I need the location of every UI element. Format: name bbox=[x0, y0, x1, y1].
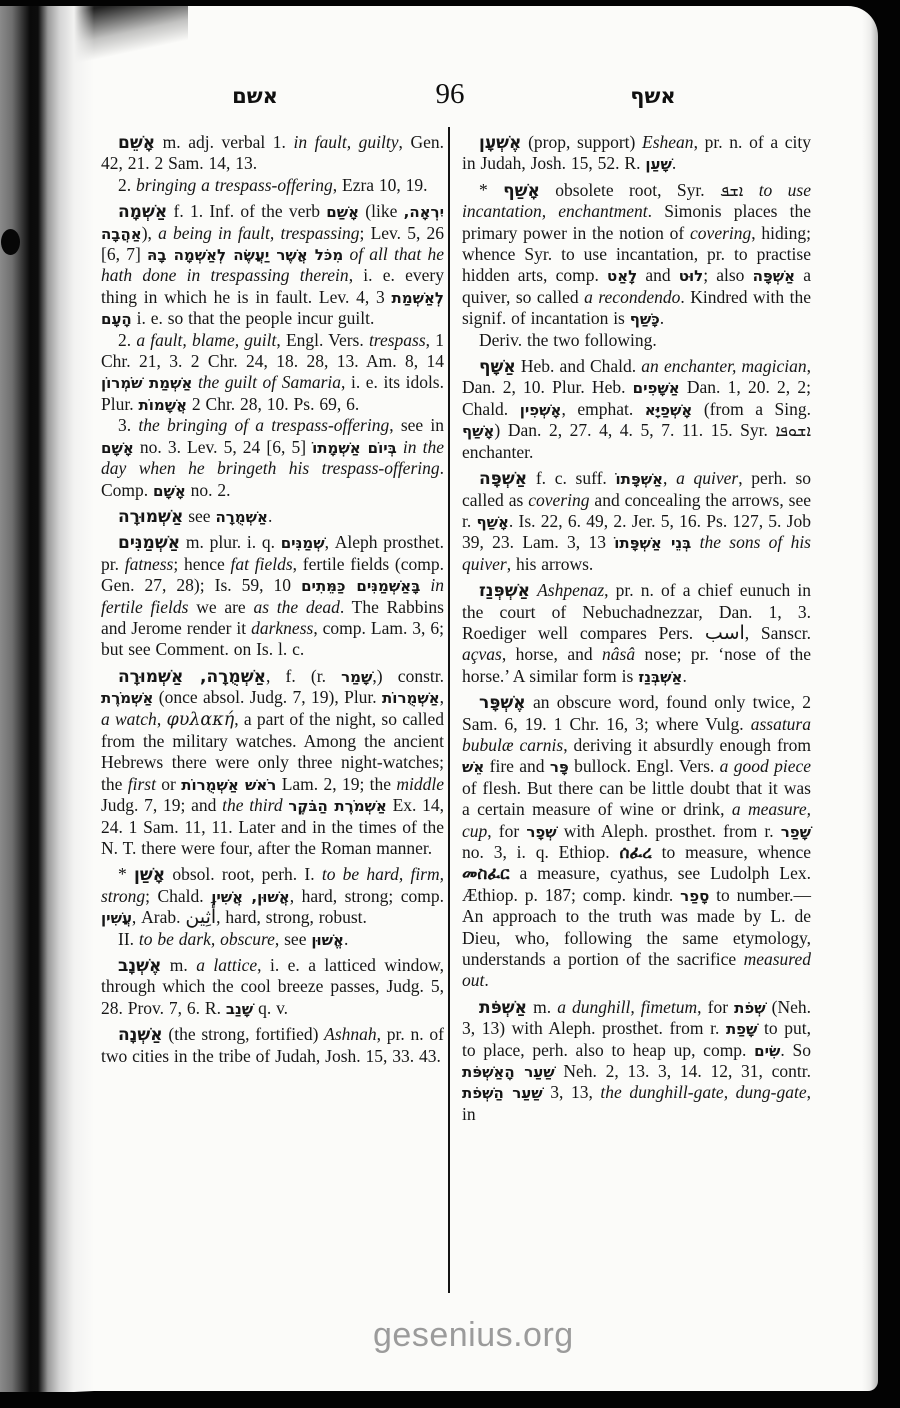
entry-text: middle bbox=[396, 774, 444, 794]
entry-text: to be dark, obscure bbox=[139, 929, 275, 949]
dictionary-entry: אַשְׁפֹּת m. a dunghill, fimetum, for שְ… bbox=[462, 997, 811, 1125]
entry-text: , see in bbox=[389, 415, 444, 435]
hebrew-word: אַשְׁמַת שֹׁמְרוֹן bbox=[101, 374, 192, 392]
entry-text: first bbox=[128, 774, 156, 794]
dictionary-entry: אֶשְׁעָן (prop, support) Eshean, pr. n. … bbox=[462, 132, 811, 175]
entry-text: 3. bbox=[118, 415, 138, 435]
entry-text: , his arrows. bbox=[507, 554, 594, 574]
entry-text: ; also bbox=[703, 265, 752, 285]
hebrew-word: שְׁמַנִּים bbox=[281, 534, 325, 552]
entry-text: Eshean bbox=[642, 132, 694, 152]
entry-text: , deriving it absurdly enough from bbox=[563, 735, 811, 755]
dictionary-entry-continuation: Deriv. the two following. bbox=[462, 330, 811, 351]
entry-text: , Arab. bbox=[132, 907, 185, 927]
dictionary-entry: אַשְׁמַנִּים m. plur. i. q. שְׁמַנִּים, … bbox=[101, 532, 444, 660]
entry-text: 2 Chr. 28, 10. Ps. 69, 6. bbox=[187, 394, 359, 414]
hebrew-word: אֶשְׁעָן bbox=[479, 133, 521, 153]
hebrew-word: אַשְׁמֻרָה, אַשְׁמוּרָה bbox=[118, 667, 266, 687]
hebrew-word: אַשְׁמֹרֶת bbox=[101, 689, 153, 707]
arabic-word: اسب bbox=[705, 622, 745, 644]
entry-text: covering bbox=[528, 490, 589, 510]
hebrew-word: אַשְׁפְּנַז bbox=[479, 581, 530, 601]
entry-text: açvas bbox=[462, 644, 502, 664]
hebrew-word: אֲשׁוּן, אֲשִׁין bbox=[211, 888, 290, 906]
dictionary-entry: אָשֵׁם m. adj. verbal 1. in fault, guilt… bbox=[101, 132, 444, 175]
entry-text: . So bbox=[780, 1040, 811, 1060]
entry-text: , see bbox=[275, 929, 311, 949]
entry-text: the guilt of Samaria bbox=[192, 372, 341, 392]
hebrew-word: אַשְׁמֻרָה bbox=[215, 508, 268, 526]
dictionary-entry: אַשְׁפָּה f. c. suff. אַשְׁפָּתוֹ, a qui… bbox=[462, 468, 811, 575]
entry-text: (the strong, fortified) bbox=[163, 1024, 325, 1044]
hebrew-word: רֹאשׁ אַשְׁמֻרוֹת bbox=[181, 776, 276, 794]
entry-text: , bbox=[440, 687, 444, 707]
hebrew-word: שַׁעַר הָאַשְׁפֹּת bbox=[462, 1063, 555, 1081]
hebrew-word: אַשְׁבְּנַז bbox=[638, 668, 682, 686]
book-page: אשם 96 אשף אָשֵׁם m. adj. verbal 1. in f… bbox=[28, 6, 878, 1391]
dictionary-entry: אַשְׁנָה (the strong, fortified) Ashnah,… bbox=[101, 1024, 444, 1067]
entry-text: , bbox=[663, 468, 676, 488]
entry-text: the bringing of a trespass-offering bbox=[138, 415, 389, 435]
entry-text: , for bbox=[697, 997, 734, 1017]
right-column: אֶשְׁעָן (prop, support) Eshean, pr. n. … bbox=[462, 127, 811, 1125]
entry-text: obsolete root, Syr. bbox=[540, 180, 720, 200]
hebrew-word: אָשְׁפַיָּא bbox=[645, 401, 693, 419]
hebrew-word: אַשְׁפֹּת bbox=[479, 998, 527, 1018]
dictionary-entry: אַשְׁמֻרָה, אַשְׁמוּרָה, f. (r. שָׁמַר,)… bbox=[101, 666, 444, 860]
entry-text: in fault, guilty bbox=[293, 132, 398, 152]
hebrew-word: אַשְׁמֻרוֹת bbox=[382, 689, 440, 707]
ethiopic-word: ሰፈረ bbox=[620, 843, 652, 862]
left-column: אָשֵׁם m. adj. verbal 1. in fault, guilt… bbox=[101, 127, 444, 1067]
entry-text: a dunghill, fimetum bbox=[557, 997, 697, 1017]
entry-text: we are bbox=[188, 597, 253, 617]
entry-text: ) Dan. 2, 27. 4, 4. 5, 7. 11. 15. Syr. bbox=[494, 420, 775, 440]
entry-text: covering bbox=[690, 223, 751, 243]
entry-text: a recondendo bbox=[584, 287, 680, 307]
ethiopic-word: መስፈር bbox=[462, 864, 510, 883]
entry-text: trespass bbox=[369, 330, 426, 350]
entry-text: (like bbox=[359, 201, 404, 221]
entry-text: 2. bbox=[118, 175, 136, 195]
hebrew-word: בְּנֵי אַשְׁפָּתוֹ bbox=[614, 534, 691, 552]
entry-text: II. bbox=[118, 929, 139, 949]
entry-text: the third bbox=[222, 795, 283, 815]
hebrew-word: אָשַׁף bbox=[503, 181, 540, 201]
entry-text: ), bbox=[142, 223, 158, 243]
entry-text: * bbox=[479, 180, 503, 200]
entry-text: no. 2. bbox=[186, 480, 231, 500]
entry-text: ; hence bbox=[173, 554, 230, 574]
entry-text: a fault, blame, guilt bbox=[136, 330, 276, 350]
running-head-right-keyword: אשף bbox=[583, 84, 723, 108]
entry-text: , bbox=[157, 709, 167, 729]
hebrew-word: אַשְׁפָּה bbox=[753, 267, 795, 285]
hebrew-word: אַשְׁפָּה bbox=[479, 469, 527, 489]
syriac-word: ܐܫܘܦܐ bbox=[775, 421, 811, 440]
hebrew-word: בָּאַשְׁמַנִּים כַּמֵּתִים bbox=[301, 577, 420, 595]
entry-text: , Ezra 10, 19. bbox=[333, 175, 428, 195]
hebrew-word: אַשְׁמָה bbox=[118, 202, 167, 222]
hebrew-word: עֲשִׁין bbox=[101, 909, 132, 927]
page-number: 96 bbox=[380, 78, 520, 111]
entry-text: to measure, whence bbox=[652, 842, 811, 862]
entry-text: a quiver bbox=[676, 468, 738, 488]
dictionary-entry-continuation: 2. a fault, blame, guilt, Engl. Vers. tr… bbox=[101, 330, 444, 416]
hebrew-word: אָשָׁם bbox=[153, 482, 186, 500]
hebrew-word: אֵשׁ bbox=[462, 758, 484, 776]
dictionary-entry-continuation: II. to be dark, obscure, see אֱשׁוּן. bbox=[101, 929, 444, 950]
entry-text: Heb. and Chald. bbox=[516, 356, 642, 376]
entry-text: or bbox=[156, 774, 181, 794]
entry-text: , for bbox=[487, 821, 526, 841]
entry-text: a lattice bbox=[196, 955, 257, 975]
hebrew-word: שָׁפַר bbox=[781, 823, 811, 841]
greek-word: φυλακή bbox=[166, 710, 234, 730]
entry-text: . bbox=[268, 506, 272, 526]
entry-text: , Sanscr. bbox=[745, 623, 811, 643]
hebrew-word: פָּר bbox=[550, 758, 569, 776]
entry-text: and bbox=[637, 265, 679, 285]
entry-text: m. bbox=[161, 955, 196, 975]
book-gutter-shadow bbox=[0, 6, 94, 1392]
hebrew-word: שַׁעַר הַשְּׁפֹת bbox=[462, 1084, 543, 1102]
hebrew-word: אַשְׁמַנִּים bbox=[118, 533, 180, 553]
hebrew-word: שָׁעַן bbox=[645, 155, 672, 173]
hebrew-word: אָשַׁף bbox=[462, 422, 494, 440]
hebrew-word: אָשַׁף bbox=[476, 513, 508, 531]
entry-text: darkness bbox=[251, 618, 313, 638]
hebrew-word: שָׁפַת bbox=[726, 1020, 758, 1038]
entry-text: enchanter. bbox=[462, 442, 533, 462]
entry-text: with Aleph. prosthet. from r. bbox=[557, 821, 781, 841]
entry-text: , hard, strong, robust. bbox=[216, 907, 367, 927]
entry-text: , f. (r. bbox=[266, 666, 341, 686]
entry-text: no. 3. Lev. 5, 24 [6, 5] bbox=[134, 437, 312, 457]
entry-text: a watch bbox=[101, 709, 157, 729]
dictionary-entry: אַשְׁפְּנַז Ashpenaz, pr. n. of a chief … bbox=[462, 580, 811, 687]
hebrew-word: מִכֹּל אֲשֶׁר יַעֲשֶׂה לְאַשְׁמָה בָהּ bbox=[147, 246, 343, 264]
entry-text: fatness bbox=[125, 554, 174, 574]
dictionary-entry: אֶשְׁנָב m. a lattice, i. e. a latticed … bbox=[101, 955, 444, 1019]
entry-text: see bbox=[183, 506, 215, 526]
entry-text: . bbox=[682, 666, 686, 686]
entry-text: 3, 13, bbox=[543, 1082, 601, 1102]
syriac-word: ܐܫܦ bbox=[720, 181, 743, 200]
entry-text: bullock. Engl. Vers. bbox=[569, 756, 720, 776]
entry-text: i. e. so that the people incur guilt. bbox=[132, 308, 375, 328]
entry-text: (from a Sing. bbox=[692, 399, 811, 419]
dictionary-entry: אַשְׁמָה f. 1. Inf. of the verb אָשַׁם (… bbox=[101, 201, 444, 329]
entry-text: an enchanter, magician bbox=[641, 356, 806, 376]
entry-text: Ashnah bbox=[324, 1024, 377, 1044]
entry-text: nâsâ bbox=[602, 644, 635, 664]
watermark: gesenius.org bbox=[373, 1316, 573, 1355]
hebrew-word: אֲשָׁמוֹת bbox=[138, 396, 187, 414]
entry-text: obsol. root, perh. I. bbox=[165, 864, 322, 884]
entry-text: (prop, support) bbox=[521, 132, 642, 152]
hebrew-word: אָשָׁם bbox=[101, 439, 134, 457]
hebrew-word: אַשְׁמוּרָה bbox=[118, 507, 183, 527]
hebrew-word: אֶשְׁפָּר bbox=[479, 693, 526, 713]
entry-text: . bbox=[484, 970, 488, 990]
entry-text: f. 1. Inf. of the verb bbox=[167, 201, 326, 221]
entry-text: fat fields bbox=[231, 554, 293, 574]
entry-text: m. bbox=[527, 997, 557, 1017]
dictionary-entry-continuation: 2. bringing a trespass-offering, Ezra 10… bbox=[101, 175, 444, 196]
hebrew-word: בְּיוֹם אַשְׁמָתוֹ bbox=[312, 439, 397, 457]
entry-text: * bbox=[118, 864, 134, 884]
entry-text: bringing a trespass-offering bbox=[136, 175, 333, 195]
entry-text: Judg. 7, 19; and bbox=[101, 795, 222, 815]
entry-text: no. 3, i. q. Ethiop. bbox=[462, 842, 620, 862]
entry-text: . bbox=[660, 308, 664, 328]
entry-text: the dunghill-gate, dung-gate bbox=[600, 1082, 806, 1102]
entry-text: Deriv. the two following. bbox=[479, 330, 657, 350]
entry-text: m. adj. verbal 1. bbox=[155, 132, 293, 152]
entry-text: Lam. 2, 19; the bbox=[276, 774, 396, 794]
entry-text: ,) constr. bbox=[372, 666, 444, 686]
hebrew-word: אַשָּׁף bbox=[479, 357, 516, 377]
entry-text: q. v. bbox=[253, 998, 288, 1018]
dictionary-entry-continuation: 3. the bringing of a trespass-offering, … bbox=[101, 415, 444, 501]
hebrew-word: אַשְׁמֹרֶת הַבֹּקֶר bbox=[288, 797, 387, 815]
hebrew-word: אָשַׁם bbox=[326, 203, 359, 221]
entry-text: a being in fault, trespassing bbox=[158, 223, 359, 243]
hebrew-word: אַשְׁפָּתוֹ bbox=[615, 470, 663, 488]
hebrew-word: לוּט bbox=[679, 267, 703, 285]
running-head-left-keyword: אשם bbox=[190, 84, 320, 108]
entry-text: Ashpenaz bbox=[537, 580, 604, 600]
hebrew-word: שְׁפֹת bbox=[734, 999, 766, 1017]
entry-text: ; Chald. bbox=[145, 886, 211, 906]
entry-text: 2. bbox=[118, 330, 136, 350]
hebrew-word: אַשְׁנָה bbox=[118, 1025, 163, 1045]
hebrew-word: שָׁנַב bbox=[226, 1000, 253, 1018]
hebrew-word: אָשְׁפִין bbox=[520, 401, 562, 419]
hebrew-word: סָפַר bbox=[680, 887, 709, 905]
dictionary-entry: אַשָּׁף Heb. and Chald. an enchanter, ma… bbox=[462, 356, 811, 463]
entry-text: , horse, and bbox=[502, 644, 602, 664]
hebrew-word: אֶשְׁנָב bbox=[118, 956, 161, 976]
punch-hole bbox=[1, 229, 20, 255]
entry-text: m. plur. i. q. bbox=[180, 532, 281, 552]
entry-text: , Engl. Vers. bbox=[276, 330, 369, 350]
entry-text: . bbox=[672, 153, 676, 173]
entry-text: as the dead bbox=[253, 597, 339, 617]
hebrew-word: שִׂים bbox=[754, 1042, 780, 1060]
hebrew-word: אֱשׁוּן bbox=[311, 931, 344, 949]
hebrew-word: שָׁמַר bbox=[341, 668, 372, 686]
entry-text: f. c. suff. bbox=[527, 468, 615, 488]
hebrew-word: כָּשַׁף bbox=[630, 310, 660, 328]
entry-text: , hard, strong; comp. bbox=[290, 886, 444, 906]
column-divider-rule bbox=[448, 127, 450, 1293]
entry-text bbox=[743, 180, 758, 200]
entry-text: , emphat. bbox=[561, 399, 644, 419]
hebrew-word: שְׁפָר bbox=[526, 823, 556, 841]
entry-text: . bbox=[344, 929, 348, 949]
hebrew-word: אָשֵׁם bbox=[118, 133, 155, 153]
dictionary-entry: אֶשְׁפָּר an obscure word, found only tw… bbox=[462, 692, 811, 992]
entry-text: a good piece bbox=[720, 756, 811, 776]
dictionary-entry: * אָשַׁן obsol. root, perh. I. to be har… bbox=[101, 864, 444, 928]
entry-text: Neh. 2, 13. 3, 14. 12, 31, contr. bbox=[555, 1061, 811, 1081]
hebrew-word: אַשָּׁפִים bbox=[633, 379, 680, 397]
hebrew-word: אָשַׁן bbox=[134, 865, 165, 885]
entry-text: (once absol. Judg. 7, 19), Plur. bbox=[153, 687, 382, 707]
hebrew-word: לָאַט bbox=[607, 267, 637, 285]
entry-text: fire and bbox=[484, 756, 550, 776]
dictionary-entry: * אָשַׁף obsolete root, Syr. ܐܫܦ to use … bbox=[462, 180, 811, 330]
dictionary-entry: אַשְׁמוּרָה see אַשְׁמֻרָה. bbox=[101, 506, 444, 527]
arabic-word: أَثِين bbox=[185, 906, 216, 928]
